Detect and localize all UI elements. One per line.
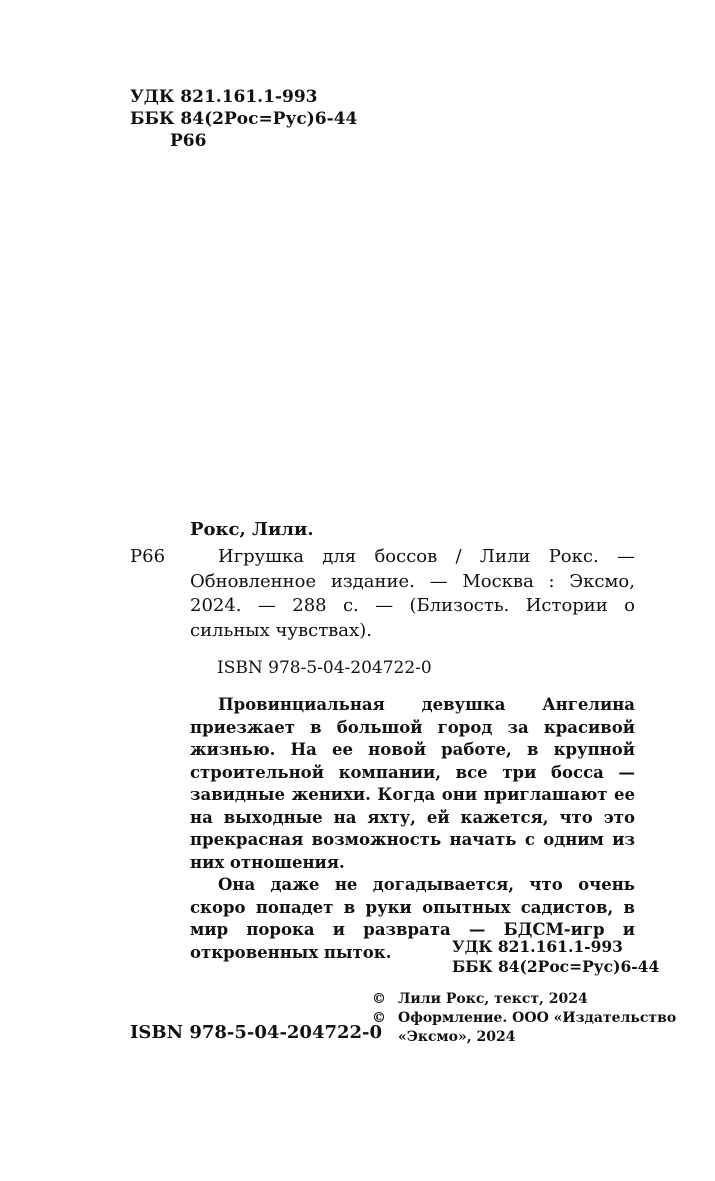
udk-code: УДК 821.161.1-993 — [130, 86, 357, 108]
bbk-code: ББК 84(2Рос=Рус)6-44 — [130, 108, 357, 130]
author-mark: Р66 — [130, 130, 357, 152]
annotation: Провинциальная девушка Ангелина приезжае… — [190, 694, 635, 964]
copyright-text: Оформление. ООО «Издательство «Эксмо», 2… — [398, 1009, 676, 1047]
description-text: Игрушка для боссов / Лили Рокс. — Обновл… — [190, 545, 635, 643]
copyright-block: © Лили Рокс, текст, 2024 © Оформление. О… — [372, 990, 676, 1047]
copyright-icon: © — [372, 990, 398, 1009]
bibliographic-description: Игрушка для боссов / Лили Рокс. — Обновл… — [190, 545, 635, 643]
classification-codes-bottom: УДК 821.161.1-993 ББК 84(2Рос=Рус)6-44 — [452, 937, 659, 977]
copyright-line: © Оформление. ООО «Издательство «Эксмо»,… — [372, 1009, 676, 1047]
udk-code-bottom: УДК 821.161.1-993 — [452, 937, 659, 957]
author-mark-side: Р66 — [130, 545, 165, 569]
annotation-paragraph: Провинциальная девушка Ангелина приезжае… — [190, 694, 635, 874]
author-heading: Рокс, Лили. — [190, 518, 314, 542]
copyright-line: © Лили Рокс, текст, 2024 — [372, 990, 676, 1009]
bbk-code-bottom: ББК 84(2Рос=Рус)6-44 — [452, 957, 659, 977]
isbn-record: ISBN 978-5-04-204722-0 — [217, 657, 432, 679]
isbn-bottom: ISBN 978-5-04-204722-0 — [130, 1022, 382, 1044]
copyright-text: Лили Рокс, текст, 2024 — [398, 990, 588, 1009]
classification-codes-top: УДК 821.161.1-993 ББК 84(2Рос=Рус)6-44 Р… — [130, 86, 357, 152]
